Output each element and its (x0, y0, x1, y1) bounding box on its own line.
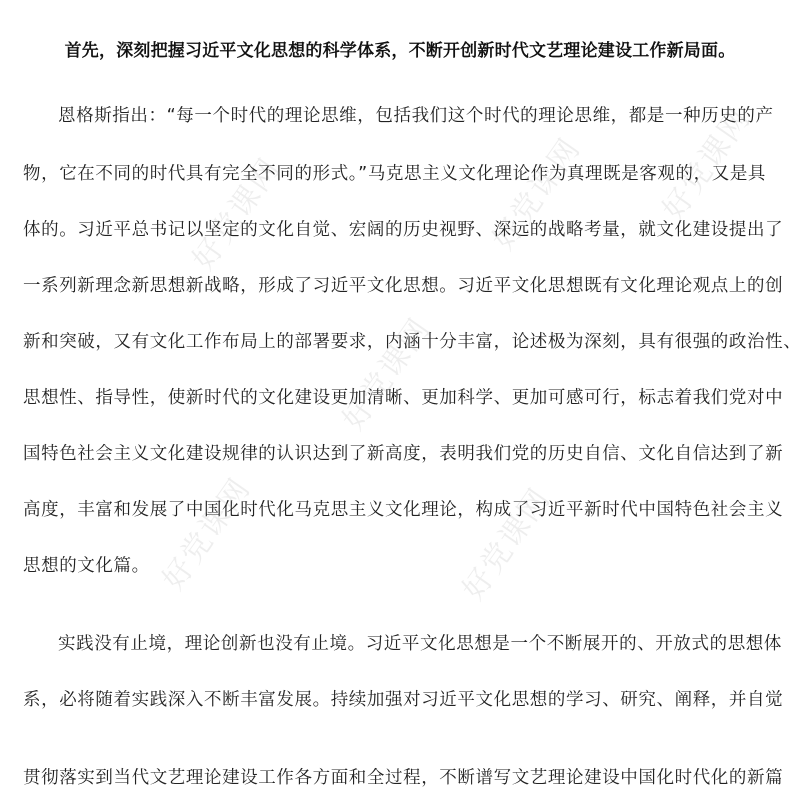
watermark-text: 好党课网 (329, 307, 438, 437)
text-line: 新和突破，又有文化工作布局上的部署要求，内涵十分丰富，论述极为深刻，具有很强的政… (23, 328, 800, 353)
document-page: 首先，深刻把握习近平文化思想的科学体系，不断开创新时代文艺理论建设工作新局面。 … (0, 0, 800, 800)
text-line: 思想性、指导性，使新时代的文化建设更加清晰、更加科学、更加可感可行，标志着我们党… (23, 384, 783, 409)
text-line: 恩格斯指出：“每一个时代的理论思维，包括我们这个时代的理论思维，都是一种历史的产 (58, 102, 774, 127)
text-line: 系，必将随着实践深入不断丰富发展。持续加强对习近平文化思想的学习、研究、阐释，并… (23, 686, 783, 711)
text-line: 贯彻落实到当代文艺理论建设工作各方面和全过程，不断谱写文艺理论建设中国化时代化的… (23, 764, 783, 789)
text-line: 国特色社会主义文化建设规律的认识达到了新高度，表明我们党的历史自信、文化自信达到… (23, 440, 783, 465)
section-heading: 首先，深刻把握习近平文化思想的科学体系，不断开创新时代文艺理论建设工作新局面。 (0, 36, 800, 61)
text-line: 思想的文化篇。 (23, 552, 150, 577)
text-line: 物，它在不同的时代具有完全不同的形式。”马克思主义文化理论作为真理既是客观的，又… (23, 160, 766, 185)
text-line: 体的。习近平总书记以坚定的文化自觉、宏阔的历史视野、深远的战略考量，就文化建设提… (23, 216, 783, 241)
watermark-text: 好党课网 (149, 467, 258, 597)
text-line: 高度，丰富和发展了中国化时代化马克思主义文化理论，构成了习近平新时代中国特色社会… (23, 496, 783, 521)
text-line: 实践没有止境，理论创新也没有止境。习近平文化思想是一个不断展开的、开放式的思想体 (58, 630, 782, 655)
text-line: 一系列新理念新思想新战略，形成了习近平文化思想。习近平文化思想既有文化理论观点上… (23, 272, 783, 297)
